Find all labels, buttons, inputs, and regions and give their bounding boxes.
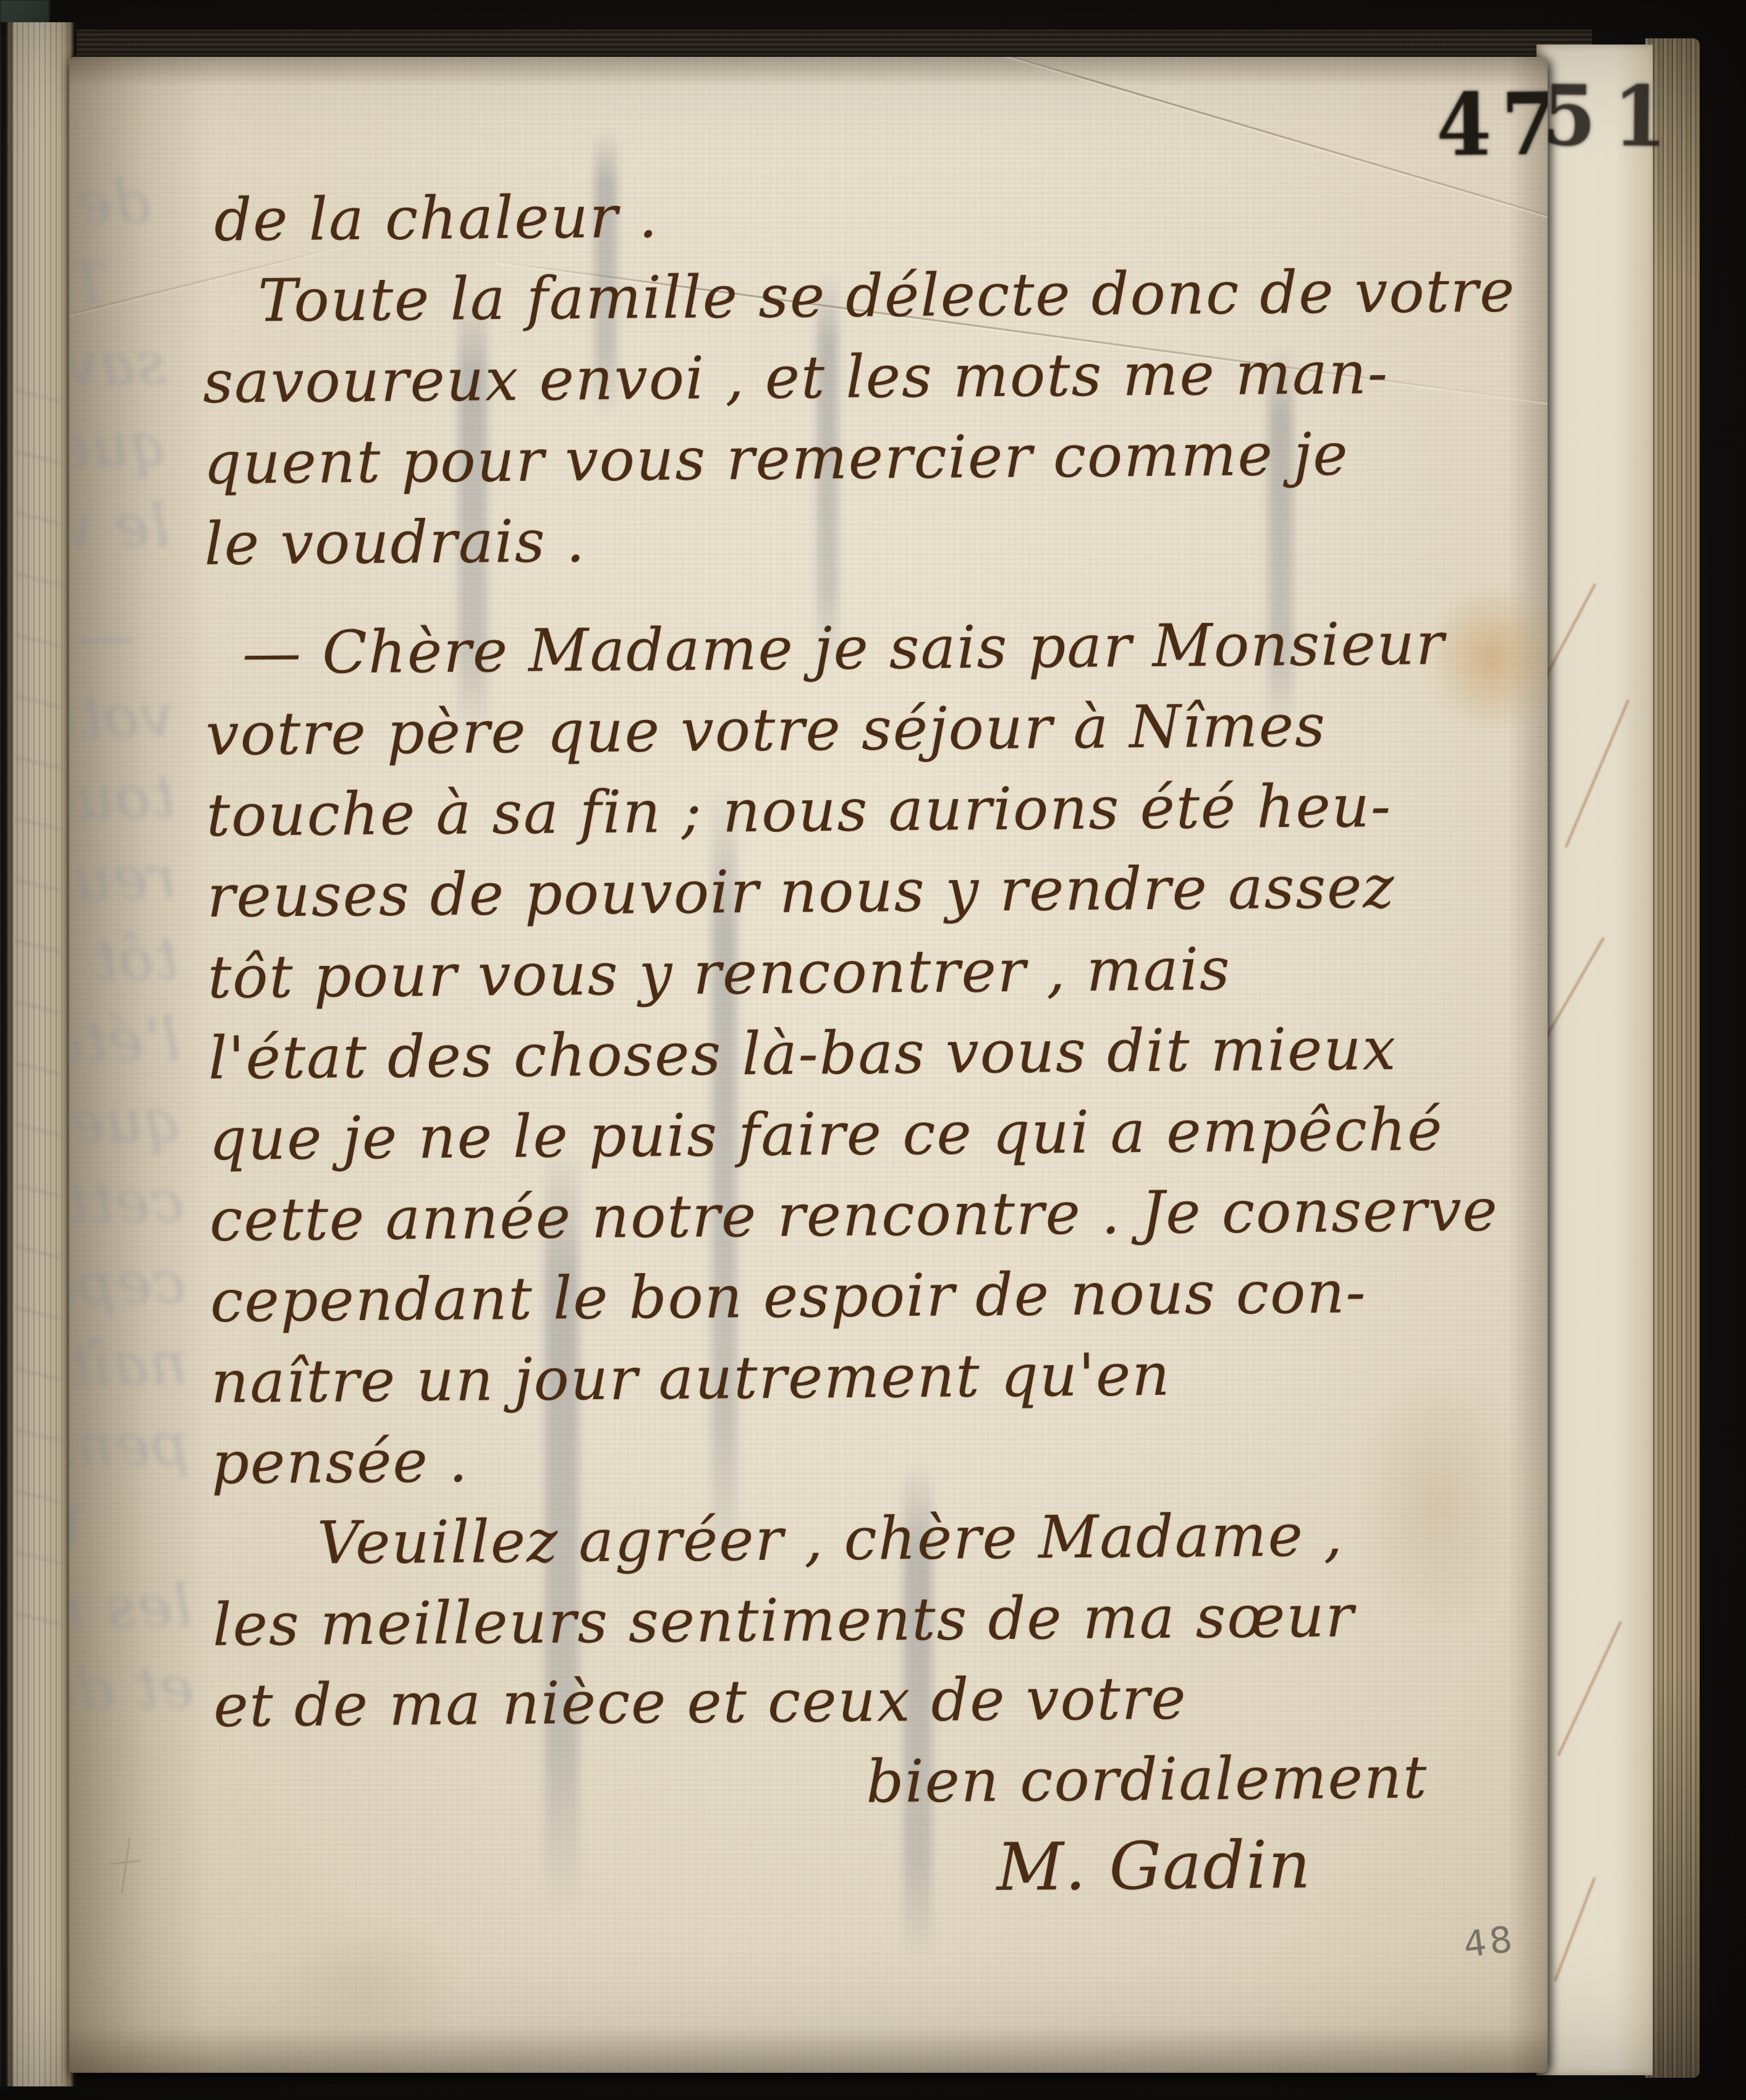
- book-fore-edge: [1645, 38, 1700, 2078]
- letter-line: le voudrais .: [204, 494, 1548, 585]
- letter-closing-line: les meilleurs sentiments de ma sœur: [213, 1575, 1548, 1666]
- letter-line: votre père que votre séjour à Nîmes: [206, 684, 1548, 776]
- letter-closing-line: Veuillez agréer , chère Madame ,: [212, 1494, 1548, 1585]
- letter-line: cependant le bon espoir de nous con-: [210, 1251, 1548, 1342]
- next-page-edge: 51: [1536, 44, 1653, 2075]
- letter-closing-line: et de ma nièce et ceux de votre: [213, 1656, 1548, 1747]
- edge-shadow: [69, 2026, 1548, 2073]
- letter-line: reuses de pouvoir nous y rendre assez: [207, 846, 1548, 938]
- ink-fragment: [1564, 700, 1629, 849]
- ink-fragment: [1557, 1620, 1622, 1756]
- letter-page: de la chaleur . Toute la famille se déle…: [69, 57, 1548, 2073]
- letter-line: naître un jour autrement qu'en: [211, 1332, 1548, 1423]
- letter-line: l'état des choses là-bas vous dit mieux: [208, 1008, 1548, 1099]
- letter-line: pensée .: [211, 1413, 1548, 1504]
- letter-line: Toute la famille se délecte donc de votr…: [202, 251, 1548, 342]
- letter-closing-line: bien cordialement: [866, 1737, 1548, 1823]
- pencil-folio-number: 48: [1461, 1918, 1517, 1966]
- letter-line: cette année notre rencontre . Je conserv…: [210, 1170, 1548, 1261]
- edge-shadow: [69, 57, 1548, 87]
- letter-line: — Chère Madame je sais par Monsieur: [205, 603, 1548, 695]
- signature: M. Gadin: [996, 1823, 1548, 1908]
- letter-line: tôt pour vous y rencontrer , mais: [208, 927, 1548, 1018]
- book-head-edge: [59, 30, 1592, 58]
- folio-stamp: 47: [1436, 82, 1548, 168]
- letter-body: de la chaleur . Toute la famille se déle…: [201, 170, 1548, 1914]
- letter-line: quent pour vous remercier comme je: [203, 413, 1548, 504]
- bleed-line: le voudrais .: [69, 486, 171, 595]
- manuscript-photo: 51 de la chaleur . Toute la famille se d…: [0, 0, 1746, 2100]
- ink-bleedthrough: [16, 346, 62, 1644]
- bleed-line: et de ma nièce et ceux de votre: [69, 1647, 195, 1756]
- letter-line: de la chaleur .: [201, 170, 1548, 261]
- ink-fragment: [1554, 1877, 1596, 1981]
- letter-line: savoureux envoi , et les mots me man-: [203, 332, 1548, 423]
- folio-stamp-next: 51: [1542, 75, 1684, 159]
- letter-line: touche à sa fin ; nous aurions été heu-: [206, 765, 1548, 857]
- paper-stain: [267, 1917, 465, 2047]
- letter-line: que je ne le puis faire ce qui a empêché: [209, 1089, 1548, 1180]
- pencil-mark: [110, 1837, 142, 1894]
